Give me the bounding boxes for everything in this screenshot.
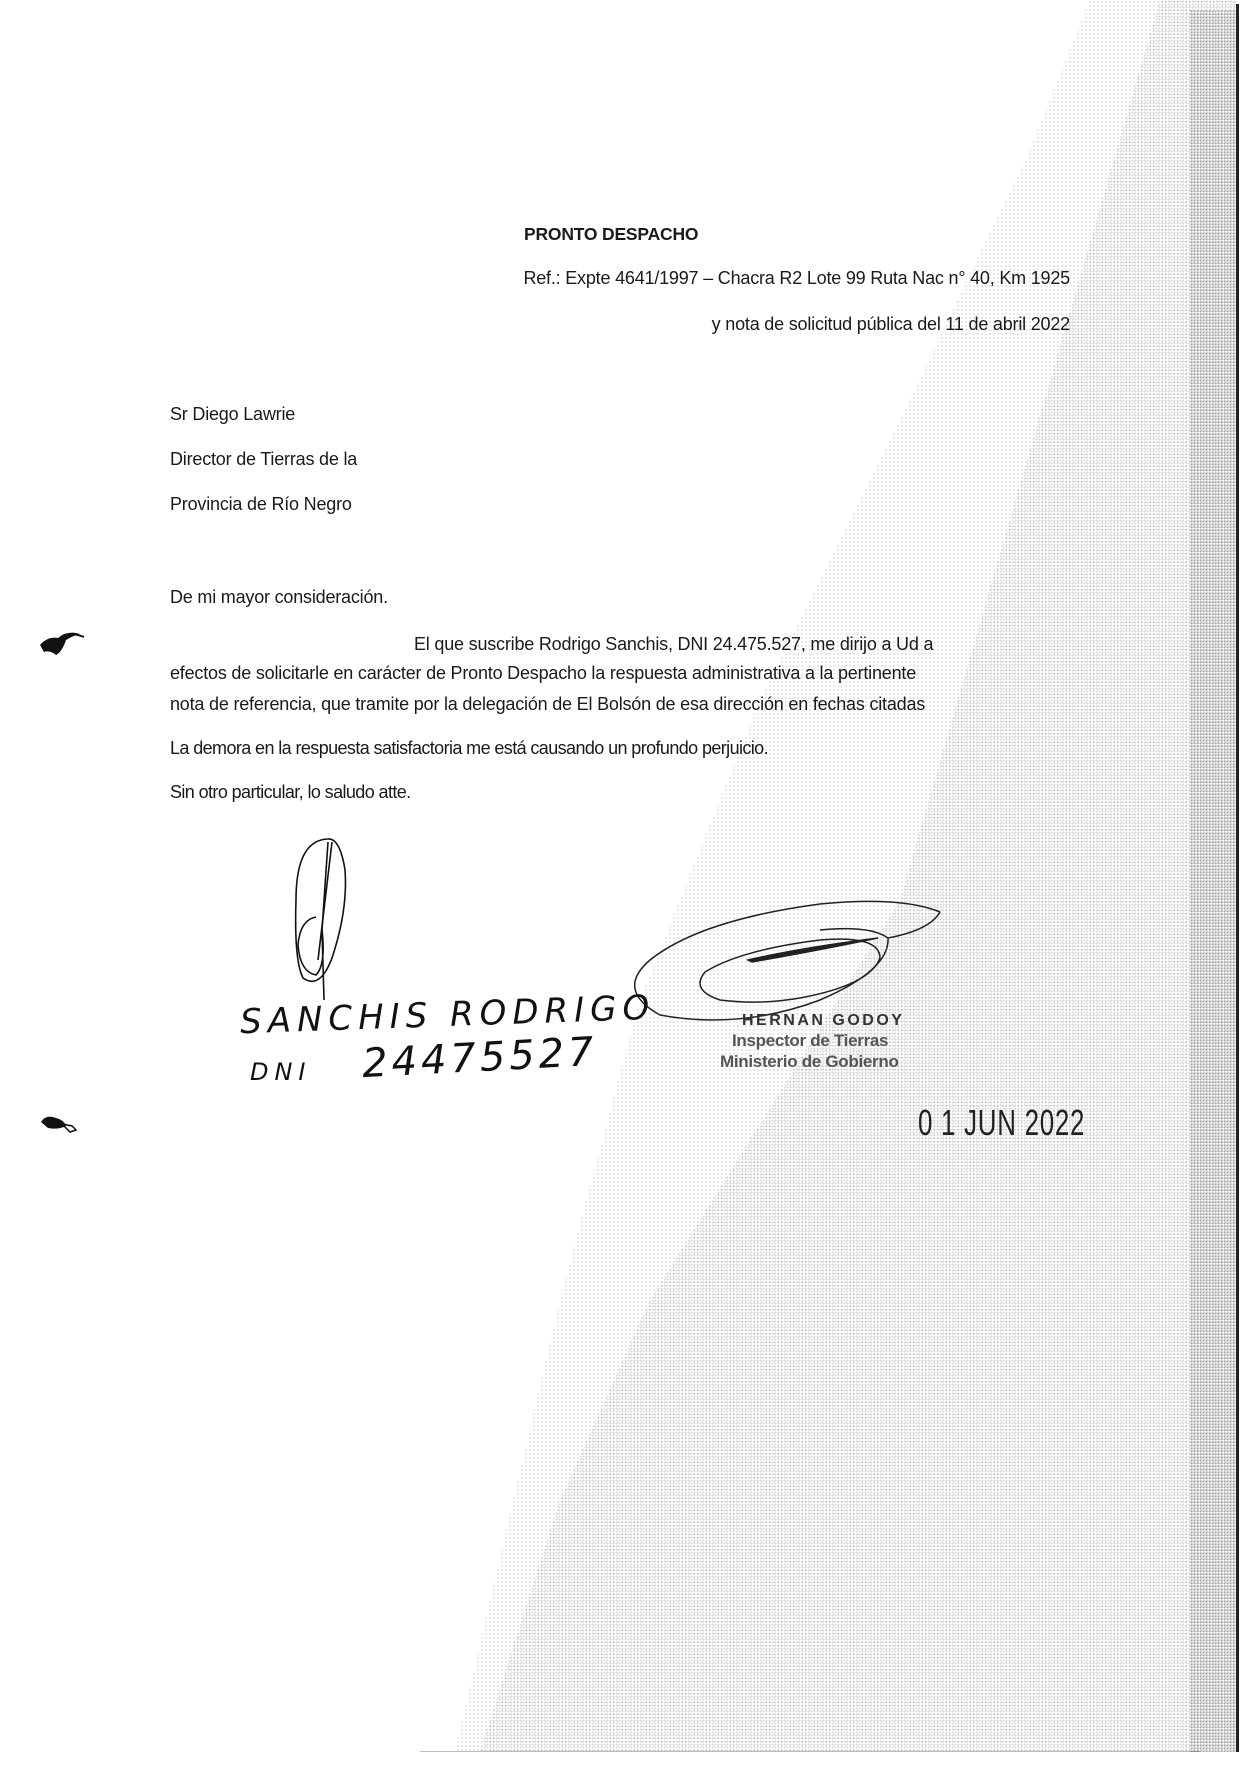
scanned-letter-page: PRONTO DESPACHO Ref.: Expte 4641/1997 – … — [0, 0, 1241, 1776]
stamp-organization: Ministerio de Gobierno — [720, 1052, 899, 1072]
margin-mark-icon — [40, 633, 84, 655]
handwritten-marks — [0, 0, 1241, 1776]
received-date-stamp: 0 1 JUN 2022 — [918, 1102, 1085, 1144]
margin-mark-icon — [41, 1117, 76, 1132]
stamp-official-name: HERNAN GODOY — [742, 1012, 904, 1030]
stamp-official-role: Inspector de Tierras — [732, 1031, 888, 1051]
official-signature — [635, 901, 940, 1020]
handwritten-dni-label: DNI — [250, 1058, 312, 1086]
applicant-signature — [296, 839, 346, 1000]
